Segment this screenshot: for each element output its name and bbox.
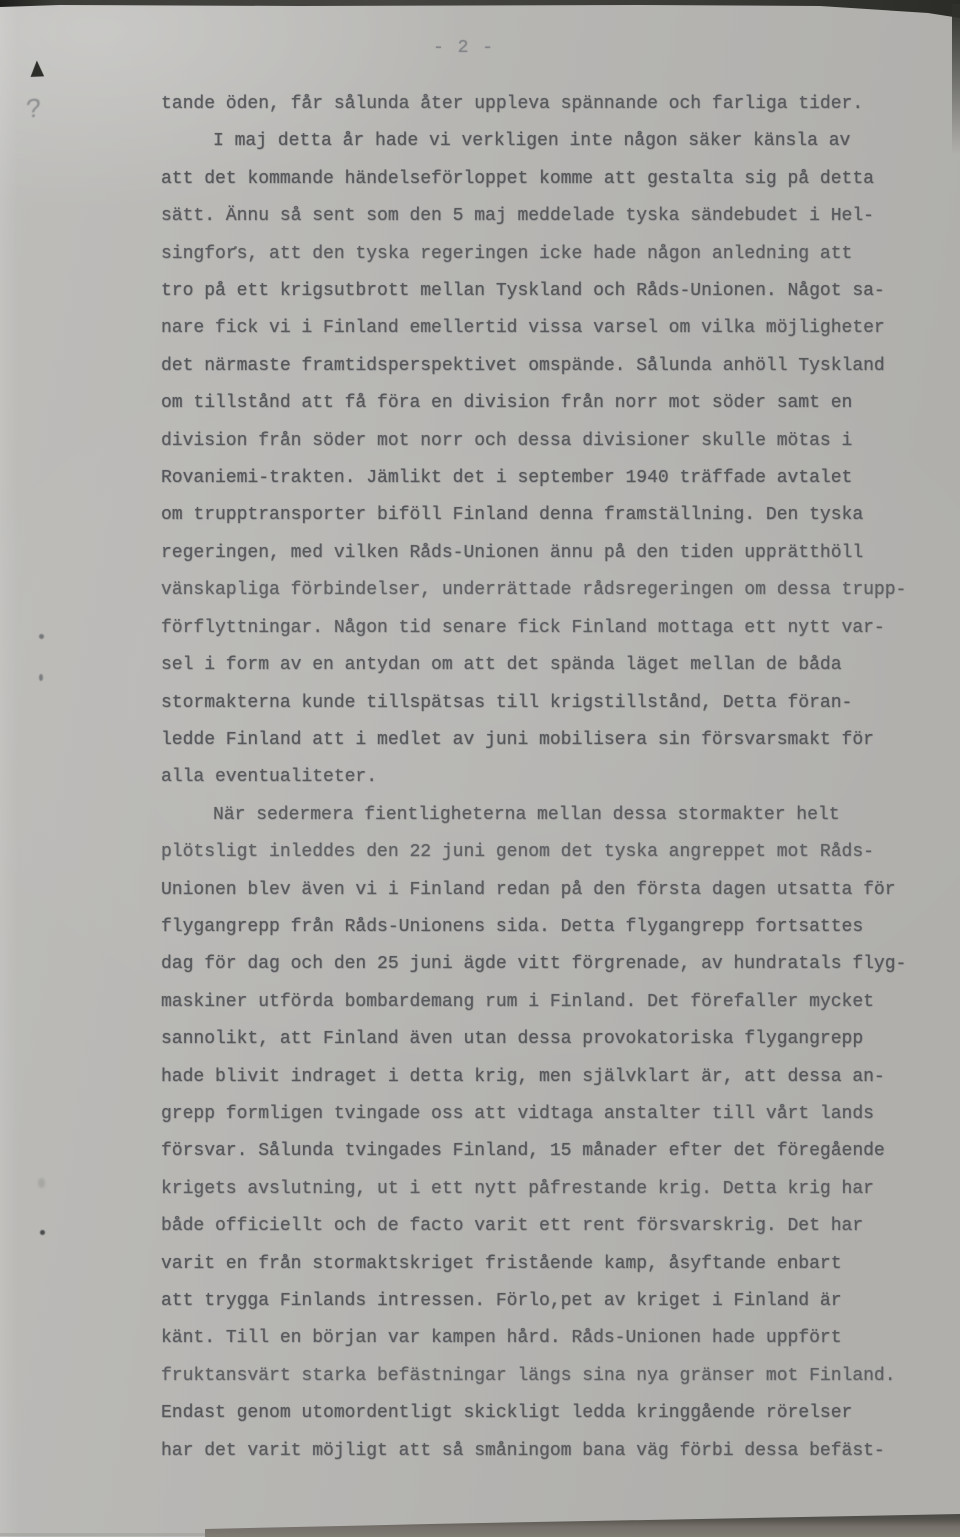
text-line: I maj detta år hade vi verkligen inte nå…	[161, 123, 931, 160]
text-line: sel i form av en antydan om att det spän…	[161, 647, 931, 684]
margin-arrow-mark: ▲	[30, 57, 44, 79]
text-line: grepp formligen tvingade oss att vidtaga…	[161, 1096, 931, 1133]
text-line: tande öden, får sålunda åter uppleva spä…	[161, 86, 931, 123]
text-line: regeringen, med vilken Råds-Unionen ännu…	[161, 535, 931, 572]
text-line: sannolikt, att Finland även utan dessa p…	[161, 1021, 931, 1058]
text-line: dag för dag och den 25 juni ägde vitt fö…	[161, 946, 931, 983]
text-line: varit en från stormaktskriget fristående…	[161, 1246, 931, 1283]
text-line: om tillstånd att få föra en division frå…	[161, 385, 931, 422]
text-line: fruktansvärt starka befästningar längs s…	[161, 1358, 931, 1395]
text-line: sätt. Ännu så sent som den 5 maj meddela…	[161, 198, 931, 235]
text-line: förflyttningar. Någon tid senare fick Fi…	[161, 610, 931, 647]
text-line: både officiellt och de facto varit ett r…	[161, 1208, 931, 1245]
text-line: tro på ett krigsutbrott mellan Tyskland …	[161, 273, 931, 310]
text-lines: tande öden, får sålunda åter uppleva spä…	[161, 86, 931, 1470]
text-line: vänskapliga förbindelser, underrättade r…	[161, 572, 931, 609]
text-line: Endast genom utomordentligt skickligt le…	[161, 1395, 931, 1432]
text-line: Unionen blev även vi i Finland redan på …	[161, 872, 931, 909]
margin-speck	[40, 1230, 45, 1235]
text-line: försvar. Sålunda tvingades Finland, 15 m…	[161, 1133, 931, 1170]
text-line: krigets avslutning, ut i ett nytt påfres…	[161, 1171, 931, 1208]
text-line: division från söder mot norr och dessa d…	[161, 423, 931, 460]
text-line: stormakterna kunde tillspätsas till krig…	[161, 685, 931, 722]
text-line: känt. Till en början var kampen hård. Rå…	[161, 1320, 931, 1357]
margin-question-mark: ?	[25, 97, 42, 126]
scan-edge-bottom-left	[0, 1533, 210, 1536]
margin-speck	[38, 1178, 45, 1188]
text-line: nare fick vi i Finland emellertid vissa …	[161, 310, 931, 347]
text-line: alla eventualiteter.	[161, 759, 931, 796]
scanned-document-page: ▲ ? - 2 - tande öden, får sålunda åter u…	[0, 0, 960, 1537]
text-line: att trygga Finlands intressen. Förlo,pet…	[161, 1283, 931, 1320]
text-line: har det varit möjligt att så småningom b…	[161, 1433, 931, 1470]
text-line: det närmaste framtidsperspektivet omspän…	[161, 348, 931, 385]
margin-speck	[39, 634, 44, 639]
text-line: singfors, att den tyska regeringen icke …	[161, 236, 931, 273]
text-line: plötsligt inleddes den 22 juni genom det…	[161, 834, 931, 871]
scan-edge-top	[0, 0, 960, 18]
page-number: - 2 -	[433, 38, 495, 58]
text-line: att det kommande händelseförloppet komme…	[161, 161, 931, 198]
text-line: ledde Finland att i medlet av juni mobil…	[161, 722, 931, 759]
text-line: hade blivit indraget i detta krig, men s…	[161, 1059, 931, 1096]
margin-speck	[39, 674, 43, 681]
text-line: flygangrepp från Råds-Unionens sida. Det…	[161, 909, 931, 946]
text-line: maskiner utförda bombardemang rum i Finl…	[161, 984, 931, 1021]
text-line: När sedermera fientligheterna mellan des…	[161, 797, 931, 834]
text-line: om trupptransporter biföll Finland denna…	[161, 497, 931, 534]
scan-edge-right	[952, 4, 960, 154]
text-line: Rovaniemi-trakten. Jämlikt det i septemb…	[161, 460, 931, 497]
